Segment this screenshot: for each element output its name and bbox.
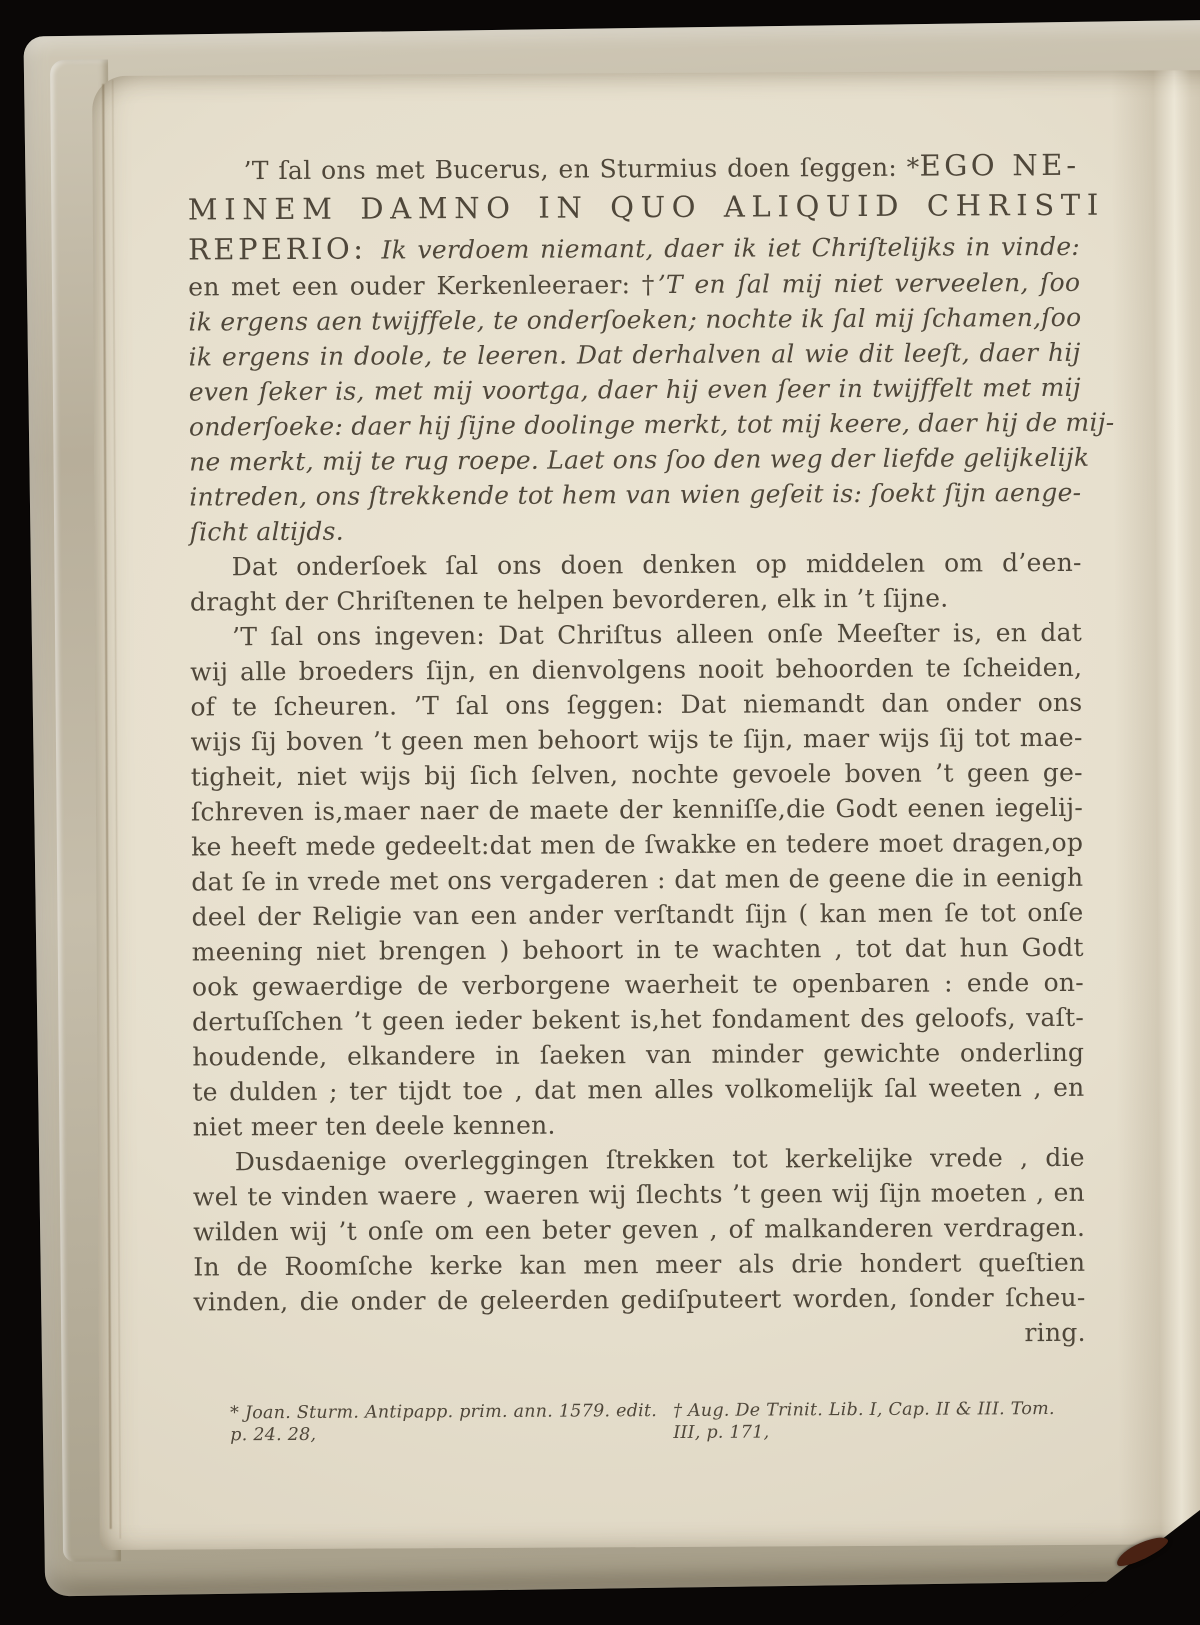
footnote-line: * Joan. Sturm. Antipapp. prim. ann. 1579…: [194, 1398, 1086, 1447]
text-segment-roman: ring.: [1024, 1318, 1085, 1347]
text-line: wel te vinden waere , waeren wij ſlechts…: [193, 1175, 1085, 1215]
book-photo: ’T ſal ons met Bucerus, en Sturmius doen…: [0, 0, 1200, 1625]
gutter-crease: [102, 84, 112, 1529]
text-segment-italic: even ſeker is, met mij voortga, daer hij…: [189, 373, 1081, 407]
text-segment-italic: onderſoeke: daer hij ſijne doolinge merk…: [189, 408, 1115, 442]
text-segment-italic: ſicht altijds.: [189, 517, 343, 547]
text-line: MINEM DAMNO IN QUO ALIQUID CHRISTI: [188, 185, 1080, 230]
text-line: houdende, elkandere in ſaeken van minder…: [192, 1035, 1084, 1075]
text-line: even ſeker is, met mij voortga, daer hij…: [189, 370, 1081, 410]
text-line: dertuſſchen ’t geen ieder bekent is,het …: [192, 1000, 1084, 1040]
text-line: ring.: [194, 1315, 1086, 1355]
text-segment-caps: REPERIO:: [188, 231, 382, 266]
text-segment-roman: draght der Chriſtenen te helpen bevorder…: [190, 584, 949, 617]
text-line: Dusdaenige overleggingen ſtrekken tot ke…: [193, 1140, 1085, 1180]
text-segment-roman: wel te vinden waere , waeren wij ſlechts…: [193, 1178, 1085, 1212]
text-line: onderſoeke: daer hij ſijne doolinge merk…: [189, 405, 1081, 445]
text-segment-roman: dat ſe in vrede met ons vergaderen : dat…: [191, 863, 1083, 897]
text-segment-roman: meening niet brengen ) behoort in te wac…: [192, 933, 1084, 967]
text-line: REPERIO: Ik verdoem niemant, daer ik iet…: [188, 225, 1080, 270]
page-fold-highlight: [1111, 70, 1200, 1545]
text-segment-italic: ne merkt, mij te rug roepe. Laet ons ſoo…: [189, 443, 1089, 477]
text-segment-roman: vinden, die onder de geleerden gediſpute…: [193, 1283, 1085, 1317]
text-line: ne merkt, mij te rug roepe. Laet ons ſoo…: [189, 440, 1081, 480]
text-line: te dulden ; ter tijdt toe , dat men alle…: [192, 1070, 1084, 1110]
text-segment-roman: dertuſſchen ’t geen ieder bekent is,het …: [192, 1003, 1084, 1037]
text-line: deel der Religie van een ander verſtandt…: [191, 895, 1083, 935]
text-segment-roman: ſchreven is,maer naer de maete der kenni…: [191, 793, 1083, 827]
text-segment-caps: EGO NE-: [919, 148, 1079, 183]
text-segment-roman: ke heeft mede gedeelt:dat men de ſwakke …: [191, 828, 1083, 862]
text-line: dat ſe in vrede met ons vergaderen : dat…: [191, 860, 1083, 900]
text-line: ik ergens aen twijffele, te onderſoeken;…: [188, 300, 1080, 340]
text-segment-roman: Dat onderſoek ſal ons doen denken op mid…: [232, 548, 1082, 581]
text-line: ke heeft mede gedeelt:dat men de ſwakke …: [191, 825, 1083, 865]
text-line: niet meer ten deele kennen.: [193, 1105, 1085, 1145]
gutter-crease-secondary: [112, 80, 121, 1539]
text-segment-roman: ’T ſal ons ingeven: Dat Chriſtus alleen …: [232, 618, 1082, 651]
text-line: en met een ouder Kerkenleeraer: †’T en ſ…: [188, 265, 1080, 305]
text-block: ’T ſal ons met Bucerus, en Sturmius doen…: [188, 145, 1087, 1447]
text-line: vinden, die onder de geleerden gediſpute…: [193, 1280, 1085, 1320]
text-segment-caps: MINEM DAMNO IN QUO ALIQUID CHRISTI: [188, 188, 1105, 227]
text-line: ook gewaerdige de verborgene waerheit te…: [192, 965, 1084, 1005]
text-line: wijs ſij boven ’t geen men behoort wijs …: [191, 720, 1083, 760]
text-segment-roman: Dusdaenige overleggingen ſtrekken tot ke…: [235, 1143, 1085, 1176]
text-line: tigheit, niet wijs bij ſich ſelven, noch…: [191, 755, 1083, 795]
text-line: ’T ſal ons ingeven: Dat Chriſtus alleen …: [190, 615, 1082, 655]
text-segment-italic: ’T en ſal mij niet verveelen, ſoo: [658, 268, 1081, 299]
text-segment-italic: Ik verdoem niemant, daer ik iet Chriſtel…: [381, 232, 1080, 265]
text-segment-roman: houdende, elkandere in ſaeken van minder…: [192, 1038, 1084, 1072]
text-line: ’T ſal ons met Bucerus, en Sturmius doen…: [188, 145, 1080, 190]
text-segment-italic: ik ergens aen twijffele, te onderſoeken;…: [188, 303, 1081, 337]
text-line: ik ergens in doole, te leeren. Dat derha…: [189, 335, 1081, 375]
text-segment-roman: tigheit, niet wijs bij ſich ſelven, noch…: [191, 758, 1083, 792]
text-segment-roman: niet meer ten deele kennen.: [193, 1111, 556, 1142]
book-page: ’T ſal ons met Bucerus, en Sturmius doen…: [92, 70, 1200, 1550]
text-line: meening niet brengen ) behoort in te wac…: [192, 930, 1084, 970]
text-segment-roman: of te ſcheuren. ’T ſal ons ſeggen: Dat n…: [190, 688, 1082, 722]
text-line: wilden wij ’t onſe om een beter geven , …: [193, 1210, 1085, 1250]
text-segment-roman: te dulden ; ter tijdt toe , dat men alle…: [192, 1073, 1084, 1107]
footnote-star-reference: * Joan. Sturm. Antipapp. prim. ann. 1579…: [230, 1400, 673, 1446]
text-segment-roman: deel der Religie van een ander verſtandt…: [191, 898, 1083, 932]
text-segment-roman: In de Roomſche kerke kan men meer als dr…: [193, 1248, 1085, 1282]
text-line: Dat onderſoek ſal ons doen denken op mid…: [190, 545, 1082, 585]
text-segment-roman: wijs ſij boven ’t geen men behoort wijs …: [191, 723, 1083, 757]
text-segment-roman: ’T ſal ons met Bucerus, en Sturmius doen…: [244, 153, 920, 186]
text-line: In de Roomſche kerke kan men meer als dr…: [193, 1245, 1085, 1285]
text-segment-roman: wilden wij ’t onſe om een beter geven , …: [193, 1213, 1085, 1247]
page-text-lines: ’T ſal ons met Bucerus, en Sturmius doen…: [188, 145, 1086, 1355]
text-segment-italic: intreden, ons ſtrekkende tot hem van wie…: [189, 478, 1081, 512]
text-segment-italic: ik ergens in doole, te leeren. Dat derha…: [189, 338, 1081, 372]
text-segment-roman: en met een ouder Kerkenleeraer: †: [188, 270, 658, 301]
text-segment-roman: wij alle broeders ſijn, en dienvolgens n…: [190, 653, 1082, 687]
text-line: wij alle broeders ſijn, en dienvolgens n…: [190, 650, 1082, 690]
text-line: ſchreven is,maer naer de maete der kenni…: [191, 790, 1083, 830]
text-segment-roman: ook gewaerdige de verborgene waerheit te…: [192, 968, 1084, 1002]
text-line: intreden, ons ſtrekkende tot hem van wie…: [189, 475, 1081, 515]
text-line: ſicht altijds.: [189, 510, 1081, 550]
text-line: draght der Chriſtenen te helpen bevorder…: [190, 580, 1082, 620]
text-line: of te ſcheuren. ’T ſal ons ſeggen: Dat n…: [190, 685, 1082, 725]
footnote-dagger-reference: † Aug. De Trinit. Lib. I, Cap. II & III.…: [673, 1398, 1086, 1444]
